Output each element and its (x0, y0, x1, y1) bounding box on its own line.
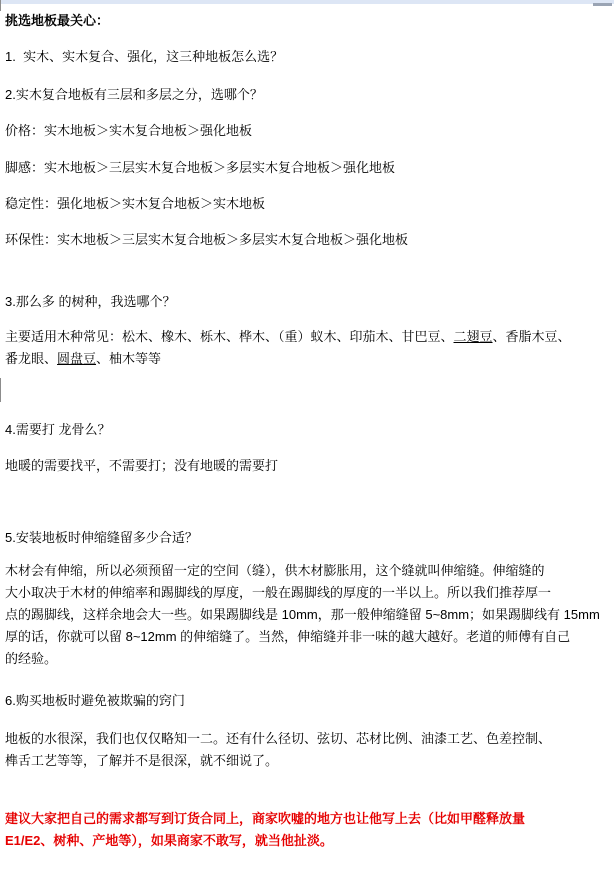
answer-5: 木材会有伸缩，所以必须预留一定的空间（缝），供木材膨胀用，这个缝就叫伸缩缝。伸缩… (5, 560, 609, 670)
species-term-underlined: 二翅豆 (454, 329, 493, 344)
question-2: 2.实木复合地板有三层和多层之分，选哪个？ (5, 84, 609, 106)
species-text: 、柚木等等 (96, 351, 161, 366)
comparison-stability: 稳定性：强化地板＞实木复合地板＞实木地板 (5, 193, 609, 215)
answer-6: 地板的水很深，我们也仅仅略知一二。还有什么径切、弦切、芯材比例、油漆工艺、色差控… (5, 728, 609, 772)
question-6: 6.购买地板时避免被欺骗的窍门 (5, 690, 609, 712)
flooring-guide-document: 挑选地板最关心： 1. 实木、实木复合、强化，这三种地板怎么选？ 2.实木复合地… (0, 0, 614, 852)
doc-title: 挑选地板最关心： (5, 10, 609, 32)
question-3: 3.那么多 的树种，我选哪个？ (5, 291, 609, 313)
answer-4: 地暖的需要找平，不需要打；没有地暖的需要打 (5, 455, 609, 477)
comparison-foot-feel: 脚感：实木地板＞三层实木复合地板＞多层实木复合地板＞强化地板 (5, 157, 609, 179)
wood-species-list: 主要适用木种常见：松木、橡木、栎木、桦木、（重）蚁木、印茄木、甘巴豆、二翅豆、香… (5, 326, 609, 370)
species-text: 主要适用木种常见：松木、橡木、栎木、桦木、（重）蚁木、印茄木、甘巴豆、 (5, 329, 454, 344)
question-5: 5.安装地板时伸缩缝留多少合适？ (5, 527, 609, 549)
comparison-price: 价格：实木地板＞实木复合地板＞强化地板 (5, 120, 609, 142)
question-1: 1. 实木、实木复合、强化，这三种地板怎么选？ (5, 46, 609, 68)
contract-advice-warning: 建议大家把自己的需求都写到订货合同上，商家吹嘘的地方也让他写上去（比如甲醛释放量… (5, 808, 609, 852)
comparison-eco: 环保性：实木地板＞三层实木复合地板＞多层实木复合地板＞强化地板 (5, 229, 609, 251)
question-4: 4.需要打 龙骨么？ (5, 419, 609, 441)
species-term-underlined: 圆盘豆 (57, 351, 96, 366)
